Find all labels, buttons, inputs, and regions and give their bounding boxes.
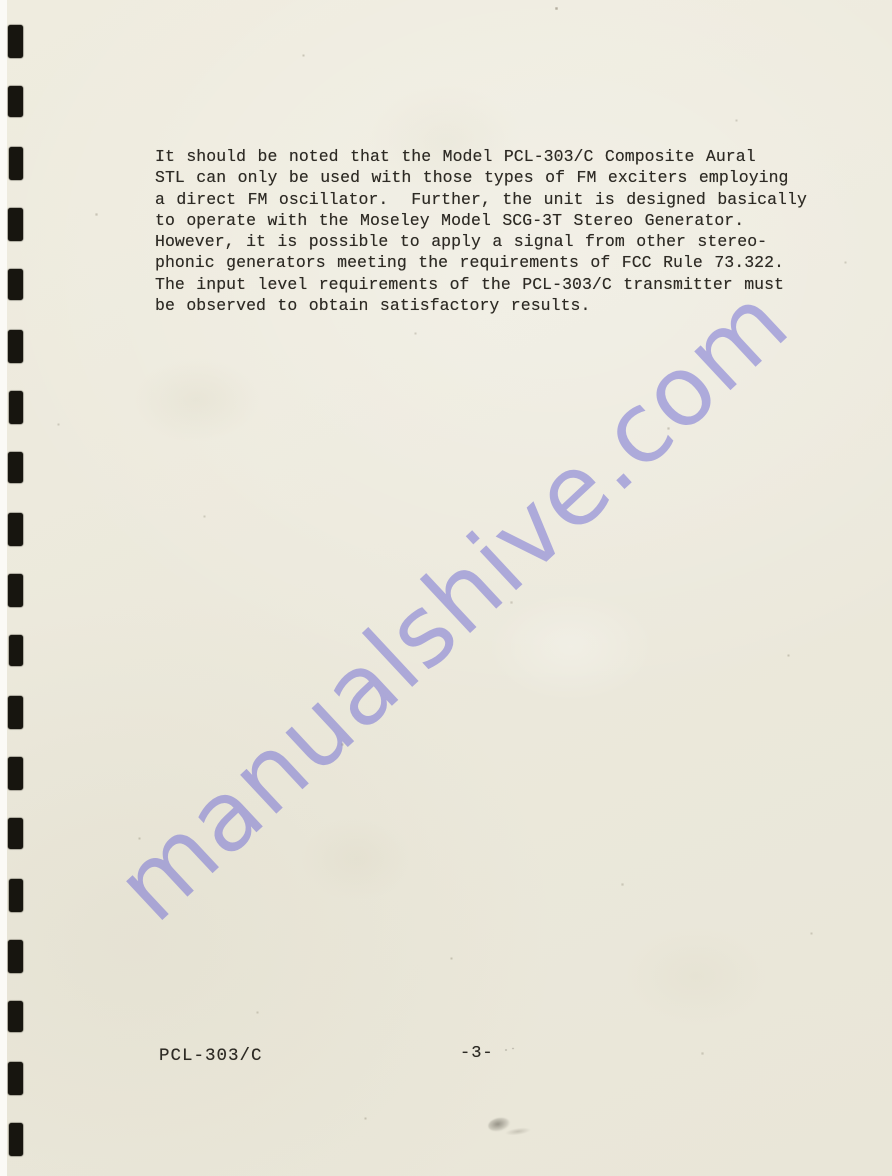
- watermark-text: manualshive.com: [94, 265, 809, 943]
- binding-hole: [9, 391, 23, 424]
- paragraph-line: The input level requirements of the PCL-…: [155, 274, 807, 295]
- paragraph-line: phonic generators meeting the requiremen…: [155, 252, 807, 273]
- binding-hole: [8, 1062, 23, 1095]
- footer-page-number: -3-: [460, 1044, 494, 1063]
- binding-hole: [8, 452, 23, 483]
- paragraph-line: to operate with the Moseley Model SCG-3T…: [155, 210, 807, 231]
- binding-hole: [9, 879, 23, 912]
- paragraph-line: It should be noted that the Model PCL-30…: [155, 146, 807, 167]
- binding-hole: [8, 513, 23, 546]
- binding-hole: [8, 818, 23, 849]
- binding-hole: [9, 1123, 23, 1156]
- binding-hole: [8, 25, 23, 58]
- binding-hole: [8, 696, 23, 729]
- paragraph-line: be observed to obtain satisfactory resul…: [155, 295, 807, 316]
- body-paragraph: It should be noted that the Model PCL-30…: [155, 146, 807, 316]
- scan-edge-strip: [0, 0, 7, 1176]
- scanned-page: manualshive.com It should be noted that …: [0, 0, 892, 1176]
- binding-hole: [8, 330, 23, 363]
- paragraph-line: STL can only be used with those types of…: [155, 167, 807, 188]
- scan-smudge-tail: [505, 1126, 532, 1137]
- binding-hole: [9, 635, 23, 666]
- binding-hole: [8, 1001, 23, 1032]
- binding-hole: [8, 86, 23, 117]
- binding-hole: [8, 208, 23, 241]
- binding-hole: [8, 757, 23, 790]
- scan-artifact-dots: [503, 1047, 517, 1055]
- paragraph-line: a direct FM oscillator. Further, the uni…: [155, 189, 807, 210]
- paper-specks: [0, 0, 1, 1]
- binding-hole: [9, 147, 23, 180]
- binding-hole: [8, 269, 23, 300]
- binding-hole: [8, 574, 23, 607]
- binding-hole: [8, 940, 23, 973]
- paragraph-line: However, it is possible to apply a signa…: [155, 231, 807, 252]
- footer-model-number: PCL-303/C: [159, 1046, 263, 1066]
